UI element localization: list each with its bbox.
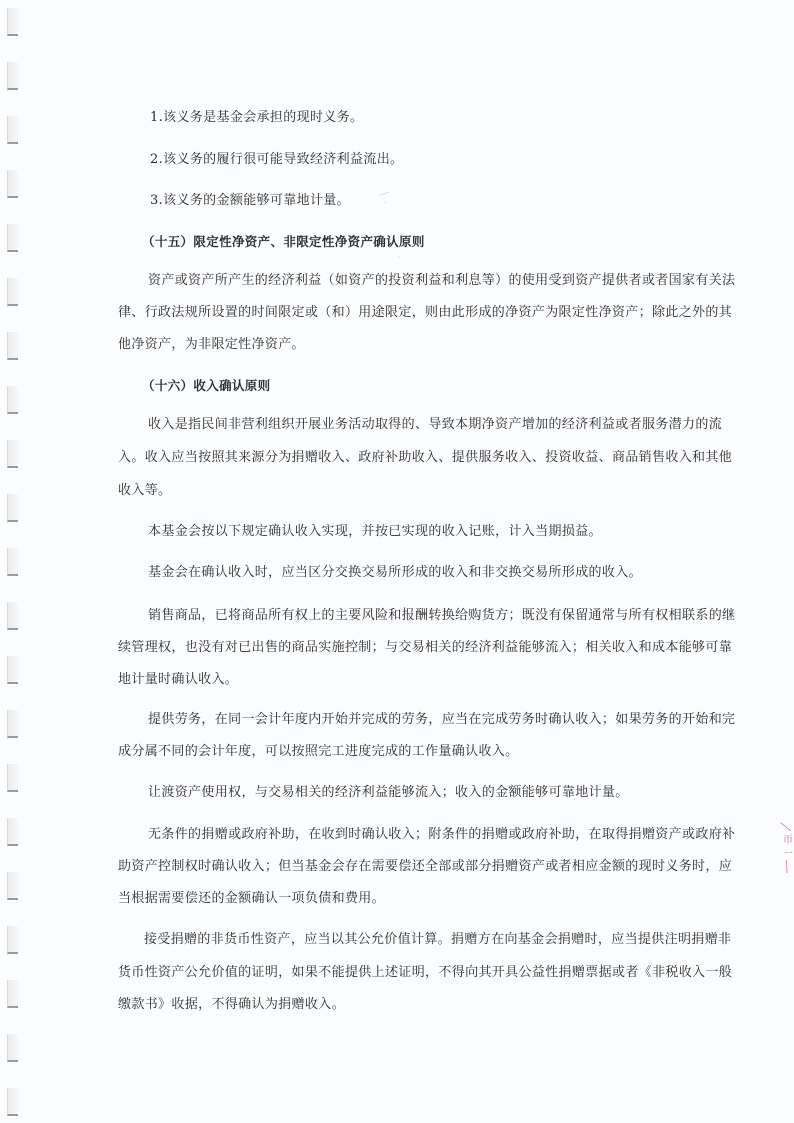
paragraph-line: 成分属不同的会计年度，可以按照完工进度完成的工作量确认收入。 <box>118 744 519 760</box>
binding-mark <box>7 602 18 630</box>
scan-artifact: ˙ <box>396 255 402 268</box>
paragraph-line: 让渡资产使用权，与交易相关的经济利益能够流入；收入的金额能够可靠地计量。 <box>148 785 629 801</box>
paragraph-line: 资产或资产所产生的经济利益（如资产的投资利益和利息等）的使用受到资产提供者或者国… <box>148 273 735 289</box>
paragraph-line: 提供劳务，在同一会计年度内开始并完成的劳务，应当在完成劳务时确认收入；如果劳务的… <box>148 712 735 728</box>
red-seal-fragment: ╲ 帀 一 ╲ <box>783 820 794 900</box>
paragraph-line: 入。收入应当按照其来源分为捐赠收入、政府补助收入、提供服务收入、投资收益、商品销… <box>118 450 732 466</box>
paragraph-line: 缴款书》收据，不得确认为捐赠收入。 <box>118 997 345 1013</box>
binding-mark <box>7 8 18 36</box>
binding-mark <box>7 386 18 414</box>
binding-mark <box>7 764 18 792</box>
binding-mark <box>7 872 18 900</box>
binding-mark <box>7 116 18 144</box>
paragraph-line: 本基金会按以下规定确认收入实现，并按已实现的收入记账，计入当期损益。 <box>148 524 602 540</box>
binding-mark <box>7 332 18 360</box>
paragraph-line: 货币性资产公允价值的证明，如果不能提供上述证明，不得向其开具公益性捐赠票据或者《… <box>118 965 732 981</box>
binding-mark <box>7 656 18 684</box>
binding-mark <box>7 548 18 576</box>
paragraph-line: 接受捐赠的非货币性资产，应当以其公允价值计算。捐赠方在向基金会捐赠时，应当提供注… <box>144 932 731 948</box>
binding-mark <box>7 224 18 252</box>
list-item: 3.该义务的金额能够可靠地计量。 <box>150 193 350 209</box>
binding-margin <box>7 0 19 1123</box>
paragraph-line: 销售商品，已将商品所有权上的主要风险和报酬转换给购货方；既没有保留通常与所有权相… <box>148 608 735 624</box>
binding-mark <box>7 170 18 198</box>
paragraph-line: 续管理权，也没有对已出售的商品实施控制；与交易相关的经济利益能够流入；相关收入和… <box>118 640 732 656</box>
binding-mark <box>7 980 18 1008</box>
paragraph-line: 他净资产，为非限定性净资产。 <box>118 337 305 353</box>
binding-mark <box>7 440 18 468</box>
paragraph-line: 基金会在确认收入时，应当区分交换交易所形成的收入和非交换交易所形成的收入。 <box>148 565 642 581</box>
binding-mark <box>7 818 18 846</box>
binding-mark <box>7 278 18 306</box>
paragraph-line: 地计量时确认收入。 <box>118 672 238 688</box>
section-heading: （十六）收入确认原则 <box>142 378 271 394</box>
binding-mark <box>7 1088 18 1116</box>
paragraph-line: 无条件的捐赠或政府补助，在收到时确认收入；附条件的捐赠或政府补助，在取得捐赠资产… <box>148 827 735 843</box>
list-item: 2.该义务的履行很可能导致经济利益流出。 <box>150 152 403 168</box>
scan-artifact: ⁄ ˏ <box>379 189 394 205</box>
section-heading: （十五）限定性净资产、非限定性净资产确认原则 <box>142 234 425 250</box>
binding-mark <box>7 494 18 522</box>
list-item: 1.该义务是基金会承担的现时义务。 <box>150 110 363 126</box>
binding-mark <box>7 62 18 90</box>
binding-mark <box>7 926 18 954</box>
paragraph-line: 律、行政法规所设置的时间限定或（和）用途限定，则由此形成的净资产为限定性净资产；… <box>118 305 732 321</box>
paragraph-line: 收入是指民间非营利组织开展业务活动取得的、导致本期净资产增加的经济利益或者服务潜… <box>148 417 722 433</box>
paragraph-line: 收入等。 <box>118 483 171 499</box>
binding-mark <box>7 1034 18 1062</box>
binding-mark <box>7 710 18 738</box>
paragraph-line: 当根据需要偿还的金额确认一项负债和费用。 <box>118 891 385 907</box>
paragraph-line: 助资产控制权时确认收入；但当基金会存在需要偿还全部或部分捐赠资产或者相应金额的现… <box>118 859 732 875</box>
document-page: 1.该义务是基金会承担的现时义务。 2.该义务的履行很可能导致经济利益流出。 3… <box>0 0 794 1123</box>
